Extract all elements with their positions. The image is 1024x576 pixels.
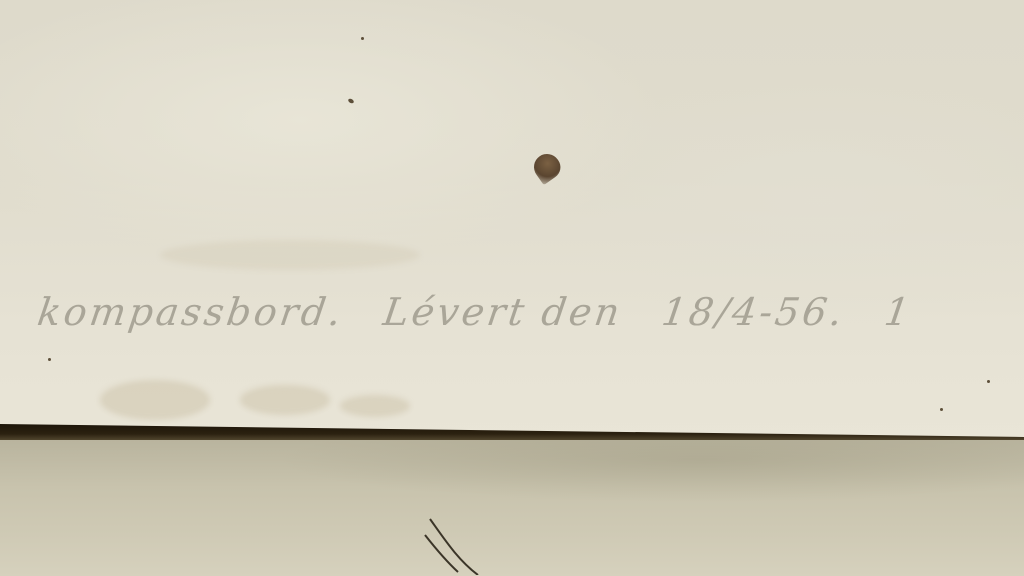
foxing-stain bbox=[160, 240, 420, 270]
note-number: 1 bbox=[882, 290, 915, 334]
dust-speck bbox=[940, 408, 943, 411]
foxing-stain bbox=[340, 395, 410, 417]
foxing-stain bbox=[240, 385, 330, 415]
upper-paper-sheet bbox=[0, 0, 1024, 440]
dust-speck bbox=[361, 37, 364, 40]
note-word-kompassbord: kompassbord. bbox=[35, 290, 347, 334]
note-date: 18/4-56. bbox=[659, 290, 848, 334]
note-word-levert-den: Lévert den bbox=[381, 290, 626, 334]
dust-speck bbox=[48, 358, 51, 361]
lower-paper-sheet bbox=[0, 440, 1024, 576]
foxing-stain bbox=[100, 380, 210, 420]
pencil-slash-marks bbox=[420, 515, 490, 575]
dust-speck bbox=[987, 380, 990, 383]
handwritten-note: kompassbord.Lévert den18/4-56.1 bbox=[35, 290, 955, 334]
photo-scene: kompassbord.Lévert den18/4-56.1 bbox=[0, 0, 1024, 576]
